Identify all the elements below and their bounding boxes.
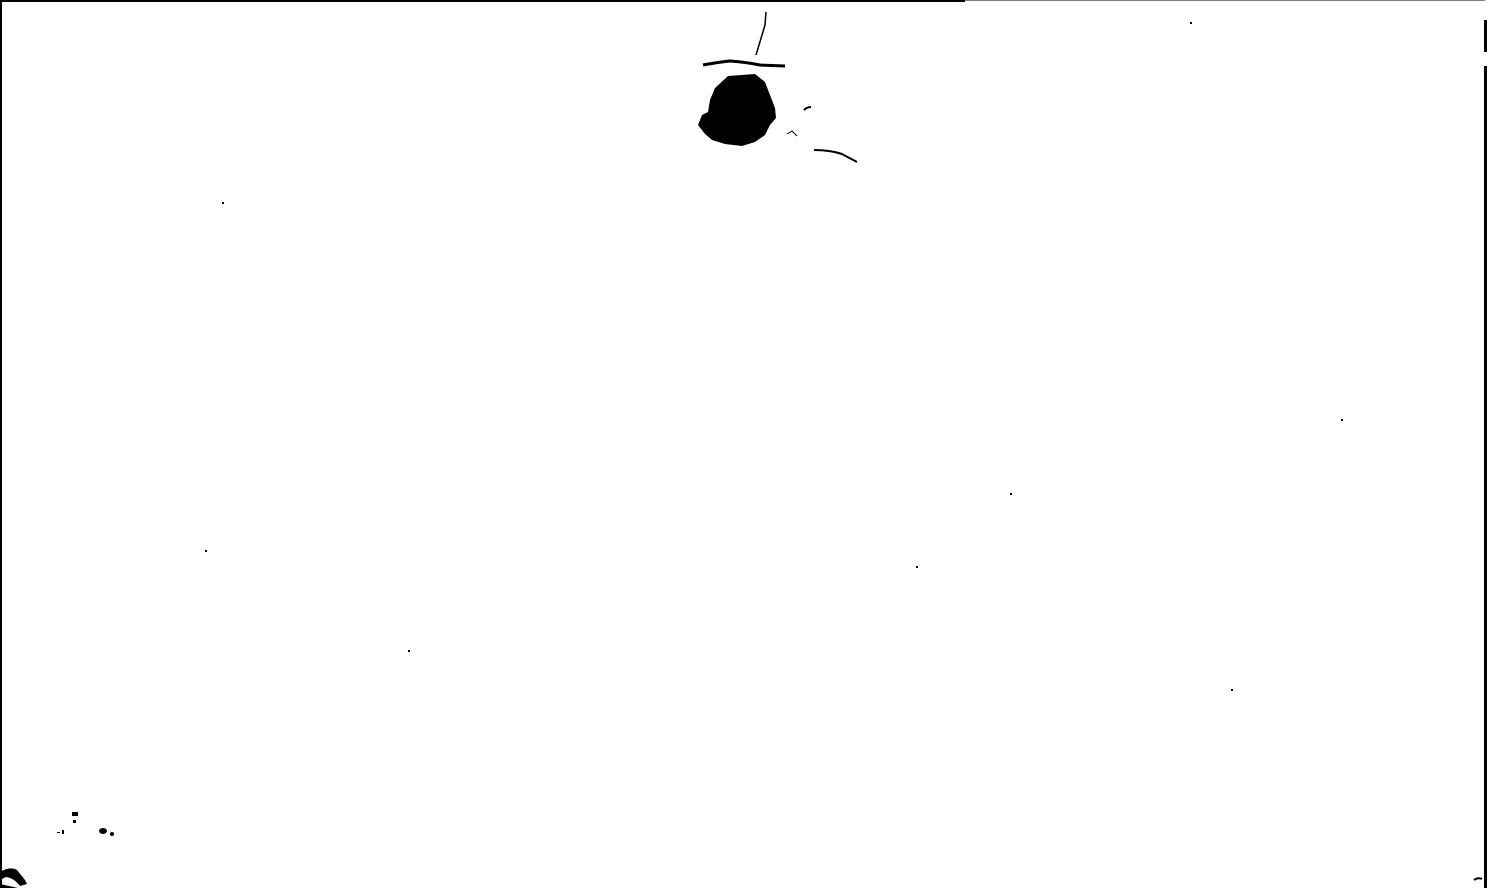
scanned-page bbox=[0, 0, 1488, 888]
ink-blot bbox=[698, 74, 776, 146]
speck bbox=[1190, 22, 1192, 24]
scan-marks bbox=[0, 0, 1488, 888]
pen-stroke-vertical bbox=[756, 12, 766, 55]
pen-stroke-horizontal bbox=[703, 61, 785, 66]
speck bbox=[205, 550, 207, 552]
speck bbox=[1010, 493, 1012, 495]
speck bbox=[1231, 689, 1233, 691]
speck bbox=[916, 566, 918, 568]
speck bbox=[408, 650, 410, 652]
speck bbox=[1341, 419, 1343, 421]
speck bbox=[222, 202, 224, 204]
pen-stroke-diagonal bbox=[814, 150, 857, 162]
corner-smudge bbox=[0, 868, 27, 886]
